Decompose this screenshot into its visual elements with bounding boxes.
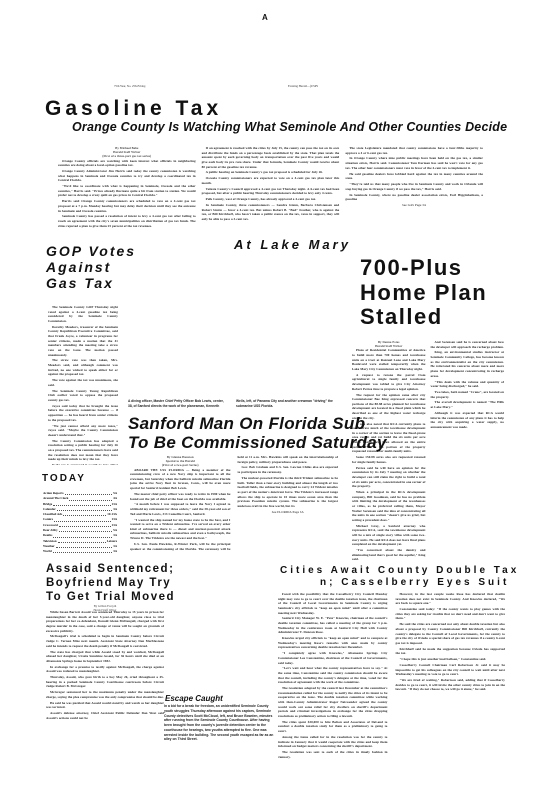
paragraph: Gov. Bob Graham and U.S. Sen. Lawton Chi… (238, 465, 339, 474)
paragraph: "I'm concerned about the density and eli… (352, 548, 426, 562)
gas-tax-article: By Michael Behe Herald Staff Writer (Fir… (58, 146, 483, 232)
paragraph: If an agreement is reached with the citi… (202, 146, 340, 169)
paragraph: Constantine said today: "If the county w… (396, 607, 506, 621)
headline-line: To Get Trial Moved (46, 591, 175, 605)
paragraph: He said gasoline dealers have lobbied ha… (345, 172, 483, 181)
paragraph: "I hope this is just another lead balloo… (396, 657, 506, 662)
paragraph: "We are tired of waiting," Robertson sai… (396, 678, 506, 692)
paragraph: While Susan Barrett Assaid was sentenced… (46, 610, 164, 633)
paragraph: Volusia County's Council approved a 4-ce… (202, 187, 340, 196)
lake-mary-headline: 700-Plus Home Plan Stalled (360, 256, 487, 330)
paragraph: Some 150.88 acres also are requested rez… (352, 455, 426, 464)
headline-line: Assaid Sentenced; (46, 563, 175, 577)
headline-line: Home Plan (360, 281, 487, 306)
paragraph: When a principal in the RCA development … (352, 490, 426, 522)
lake-mary-kicker: At Lake Mary (234, 238, 351, 252)
paragraph: "We just cannot afford any more taxes," … (48, 424, 118, 438)
lake-mary-byline: By Donna Estes Herald Staff Writer (352, 340, 426, 348)
headline-line: GOP Votes (46, 243, 136, 259)
paragraph: Two lakes, both named "Crane", are locat… (431, 390, 505, 399)
paragraph: Casselberry Council Chairman Carl Robert… (396, 663, 506, 677)
headline-line: Stalled (360, 305, 487, 330)
paragraph: Joyce said today that he brought the iss… (48, 404, 118, 423)
folio-left: 75th Year, No. 256-Friday, (114, 84, 146, 88)
sub-photo-caption: A diving officer, Master Chief Petty Off… (128, 399, 336, 408)
paragraph: The straw vote was then taken, Mrs. Mead… (48, 358, 118, 377)
paragraph: "They're told us that many people who li… (345, 182, 483, 191)
paragraph: The overall development is named "The Hi… (431, 400, 505, 409)
section-letter: A (262, 13, 268, 22)
paragraph: A public hearing on Seminole County's ga… (202, 170, 340, 175)
paragraph: "This deals with the volume and quantity… (431, 380, 505, 389)
paragraph: Plans of Residential Communities of Amer… (352, 348, 426, 371)
paragraph: McDougall's trial is scheduled to begin … (46, 634, 164, 648)
paragraph: King, an environmental studies instructo… (431, 350, 505, 378)
paragraph: In Seminole County, where no gasoline de… (345, 193, 483, 202)
gas-tax-jump-link[interactable]: See GAS Page 3A (345, 203, 483, 207)
assaid-headline: Assaid Sentenced; Boyfriend May Try To G… (46, 563, 175, 604)
paragraph: If the tax is approved it would go into … (48, 463, 118, 465)
paragraph: Knowles urged city officials to "keep an… (278, 636, 388, 650)
paragraph: In Orange County where nine public meeti… (345, 156, 483, 170)
paragraph: The County Commission has adopted a reso… (48, 439, 118, 462)
paragraph: He said he was puzzled that Assaid would… (46, 701, 164, 710)
cities-headline-line2: n; Casselberry Eyes Suit (320, 578, 509, 589)
sub-byline: By Glenna Houston Special to the Herald … (130, 455, 231, 468)
sub-article: By Glenna Houston Special to the Herald … (130, 455, 338, 557)
assaid-article: While Susan Barrett Assaid was sentenced… (46, 610, 164, 730)
gas-tax-byline: By Michael Behe Herald Staff Writer (Fir… (58, 146, 196, 159)
paragraph: "A month before I was supposed to leave … (130, 502, 231, 516)
escape-caption: In a bid for a break for freedom, an uni… (164, 704, 276, 742)
paragraph: Orange County Administrator Jim Harris s… (58, 169, 196, 183)
paragraph: The resolution was sent to each of the c… (278, 750, 388, 759)
paragraph: The cities spent $30,000 to hire Bolton … (278, 720, 388, 734)
paragraph: He said the cities are concerned not onl… (396, 622, 506, 645)
paragraph: A request to rezone the parcel from agri… (352, 373, 426, 392)
paragraph: ABOARD THE USS FLORIDA — Being a member … (130, 468, 231, 491)
paragraph: Osceola County commissioners are expecte… (202, 176, 340, 185)
paragraph: Polk County, west of Orange County, has … (202, 197, 340, 202)
paragraph: And Sorensen said he is concerned about … (431, 340, 505, 349)
paragraph: Harris said Orange County commissioners … (58, 199, 196, 213)
paragraph: Although it was expected that RCA would … (431, 411, 505, 430)
paragraph: Kirchhoff said he made the suggestion be… (396, 647, 506, 656)
paragraph: The Seminole County GOP Thursday night v… (48, 305, 118, 324)
headline-line: Sanford Man On Florida Sub (128, 414, 387, 433)
paragraph: Seminole County has passed a resolution … (58, 214, 196, 228)
paragraph: "I completely agree with Knowles," Altam… (278, 651, 388, 665)
cities-headline-line1: Cities Await County Double Tax (280, 566, 519, 577)
paragraph: The Seminole County Young Republican Clu… (48, 389, 118, 403)
paragraph: Assaid's defense attorney, Chief Assista… (46, 711, 164, 720)
paragraph: The master chief petty officer was ready… (130, 492, 231, 501)
gop-article: The Seminole County GOP Thursday night v… (48, 305, 118, 465)
headline-line: Against (46, 259, 136, 275)
paragraph: In exchange for a promise to testify aga… (46, 665, 164, 674)
paragraph: Sanford City Manager W. E. "Pete" Knowle… (278, 616, 388, 635)
gas-tax-subhead: Orange County Is Watching What Seminole … (72, 121, 507, 134)
paragraph: Petree said he will have an opinion for … (352, 466, 426, 489)
paragraph: The resolution adopted by the council la… (278, 686, 388, 718)
lake-mary-article: By Donna Estes Herald Staff Writer Plans… (352, 340, 504, 566)
paragraph: The vote against the tax was unanimous, … (48, 378, 118, 387)
paragraph: Among the items called for in the resolu… (278, 735, 388, 749)
headline-line: Gas Tax (46, 275, 136, 291)
paragraph: Orange County officials are watching wit… (58, 159, 196, 168)
folio-right: Evening Herald—(USPS (288, 84, 318, 88)
paragraph: The state has charged that while Assaid … (46, 650, 164, 664)
headline-line: Boyfriend May Try (46, 577, 175, 591)
today-item[interactable]: World3A (43, 549, 117, 554)
headline-line: To Be Commissioned Saturday (128, 433, 387, 452)
paragraph: Dorothy Meadors, treasurer of the Semino… (48, 325, 118, 357)
gop-headline: GOP Votes Against Gas Tax (46, 243, 136, 291)
today-item-page: 3A (113, 549, 117, 554)
paragraph: "Let's wait and hear what the county rep… (278, 666, 388, 685)
caption-text: A diving officer, Master Chief Petty Off… (128, 399, 336, 408)
today-item-label: World (43, 549, 52, 554)
cities-article: Faced with the possibility that the Cass… (278, 592, 505, 762)
today-index: Action Reports5A Around The Clock4A Brid… (43, 491, 117, 554)
headline-line: 700-Plus (360, 256, 487, 281)
escape-caught-headline: Escape Caught (165, 694, 223, 703)
paragraph: The nuclear-powered Florida is the third… (238, 476, 339, 508)
paragraph: Faced with the possibility that the Cass… (278, 592, 388, 615)
paragraph: Thursday, Assaid, who gave birth to a bo… (46, 675, 164, 689)
paragraph: The state Legislature mandated that coun… (345, 146, 483, 155)
paragraph: However, in the last couple weeks Rose h… (396, 592, 506, 606)
paragraph: In Seminole County, three commissioners … (202, 203, 340, 222)
paragraph: "I wanted the ship named for my home sta… (130, 518, 231, 541)
sub-jump-link[interactable]: See FLORIDA Page 3A (238, 510, 339, 514)
gas-tax-headline: Gasoline Tax (45, 98, 222, 120)
sub-headline: Sanford Man On Florida Sub To Be Commiss… (128, 414, 387, 452)
today-index-title: TODAY (42, 473, 86, 484)
paragraph: Michael Gray, a Sanford attorney who rep… (352, 524, 426, 547)
paragraph: McGregor sentenced her to the maximum pe… (46, 690, 164, 699)
paragraph: "We'd like to coordinate with what is ha… (58, 184, 196, 198)
